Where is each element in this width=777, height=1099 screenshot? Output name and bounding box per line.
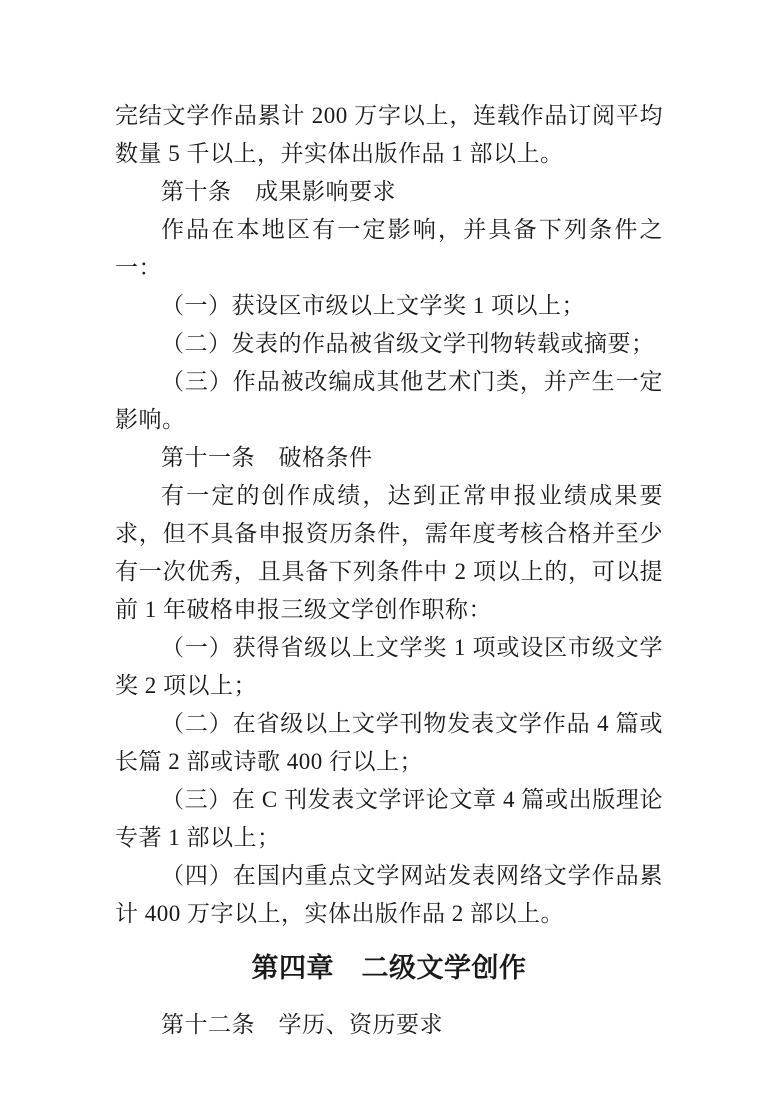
article-11-item-2: （二）在省级以上文学刊物发表文学作品 4 篇或长篇 2 部或诗歌 400 行以上… xyxy=(115,705,663,781)
article-10-intro: 作品在本地区有一定影响，并具备下列条件之一： xyxy=(115,211,663,287)
document-content: 完结文学作品累计 200 万字以上，连载作品订阅平均数量 5 千以上，并实体出版… xyxy=(0,0,777,1044)
article-10-item-1: （一）获设区市级以上文学奖 1 项以上； xyxy=(115,287,663,325)
article-11-title: 第十一条 破格条件 xyxy=(115,439,663,477)
article-10-title: 第十条 成果影响要求 xyxy=(115,173,663,211)
document-page: 完结文学作品累计 200 万字以上，连载作品订阅平均数量 5 千以上，并实体出版… xyxy=(0,0,777,1099)
article-11-item-1: （一）获得省级以上文学奖 1 项或设区市级文学奖 2 项以上； xyxy=(115,629,663,705)
article-11-intro: 有一定的创作成绩，达到正常申报业绩成果要求，但不具备申报资历条件，需年度考核合格… xyxy=(115,477,663,629)
article-10-item-2: （二）发表的作品被省级文学刊物转载或摘要； xyxy=(115,325,663,363)
chapter-4-heading: 第四章 二级文学创作 xyxy=(115,949,663,987)
article-11-item-4: （四）在国内重点文学网站发表网络文学作品累计 400 万字以上，实体出版作品 2… xyxy=(115,857,663,933)
article-11-item-3: （三）在 C 刊发表文学评论文章 4 篇或出版理论专著 1 部以上； xyxy=(115,781,663,857)
article-12-title: 第十二条 学历、资历要求 xyxy=(115,1006,663,1044)
continued-paragraph: 完结文学作品累计 200 万字以上，连载作品订阅平均数量 5 千以上，并实体出版… xyxy=(115,97,663,173)
article-10-item-3: （三）作品被改编成其他艺术门类，并产生一定影响。 xyxy=(115,363,663,439)
